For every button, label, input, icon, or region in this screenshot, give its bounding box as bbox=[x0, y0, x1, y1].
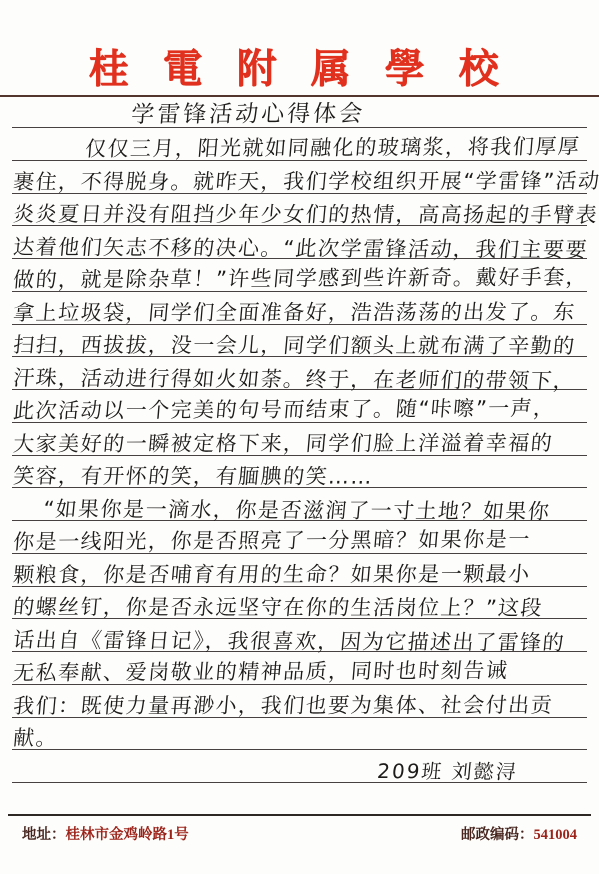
essay-line-row: 炎炎夏日并没有阻挡少年少女们的热情，高高扬起的手臂表 bbox=[12, 194, 587, 227]
essay-line: 达着他们矢志不移的决心。“此次学雷锋活动，我们主要要 bbox=[12, 233, 589, 264]
essay-line-row: 扫扫，西拔拔，没一会儿，同学们额头上就布满了辛勤的 bbox=[12, 325, 587, 358]
essay-line-row: 达着他们矢志不移的决心。“此次学雷锋活动，我们主要要 bbox=[12, 226, 587, 259]
essay-line: 献。 bbox=[12, 724, 59, 752]
school-name: 桂 電 附 属 學 校 bbox=[89, 48, 511, 90]
essay-line: 笑容，有开怀的笑，有腼腆的笑…… bbox=[12, 462, 374, 491]
essay-line-row: 裹住，不得脱身。就昨天，我们学校组织开展“学雷锋”活动， bbox=[12, 161, 587, 194]
essay-line-row: 仅仅三月，阳光就如同融化的玻璃浆，将我们厚厚 bbox=[12, 128, 587, 161]
address-value: 桂林市金鸡岭路1号 bbox=[66, 827, 189, 843]
essay-line: 话出自《雷锋日记》，我很喜欢，因为它描述出了雷锋的 bbox=[12, 626, 566, 657]
essay-line: 无私奉献、爱岗敬业的精神品质，同时也时刻告诫 bbox=[12, 656, 510, 687]
essay-title: 学雷锋活动心得体会 bbox=[130, 100, 366, 129]
address-label: 地址： bbox=[22, 827, 66, 843]
essay-line-row: 话出自《雷锋日记》，我很喜欢，因为它描述出了雷锋的 bbox=[12, 619, 587, 652]
essay-line: 我们：既使力量再渺小，我们也要为集体、社会付出贡 bbox=[12, 691, 554, 720]
essay-line-row: 做的，就是除杂草！”许些同学感到些许新奇。戴好手套， bbox=[12, 259, 587, 292]
essay-line: “如果你是一滴水，你是否滋润了一寸土地？如果你 bbox=[42, 495, 552, 526]
essay-line: 仅仅三月，阳光就如同融化的玻璃浆，将我们厚厚 bbox=[84, 132, 582, 163]
essay-line-row: 无私奉献、爱岗敬业的精神品质，同时也时刻告诫 bbox=[12, 652, 587, 685]
essay-line-row: 献。 bbox=[12, 718, 587, 751]
essay-line: 汗珠，活动进行得如火如荼。终于，在老师们的带领下， bbox=[12, 364, 577, 395]
signature: 209班 刘懿浔 bbox=[376, 757, 519, 786]
essay-line: 炎炎夏日并没有阻挡少年少女们的热情，高高扬起的手臂表 bbox=[12, 200, 599, 229]
essay-line-row: 此次活动以一个完美的句号而结束了。随“咔嚓”一声， bbox=[12, 390, 587, 423]
essay-line-row: 的螺丝钉，你是否永远坚守在你的生活岗位上？”这段 bbox=[12, 587, 587, 620]
essay-line: 大家美好的一瞬被定格下来，同学们脸上洋溢着幸福的 bbox=[12, 429, 554, 458]
essay-line-row: 大家美好的一瞬被定格下来，同学们脸上洋溢着幸福的 bbox=[12, 423, 587, 456]
essay-title-row: 学雷锋活动心得体会 bbox=[12, 97, 587, 128]
postcode-label: 邮政编码： bbox=[461, 827, 534, 843]
postcode-line: 邮政编码：541004 bbox=[461, 823, 577, 844]
essay-line-row: 汗珠，活动进行得如火如荼。终于，在老师们的带领下， bbox=[12, 357, 587, 390]
essay-line: 你是一线阳光，你是否照亮了一分黑暗？如果你是一 bbox=[12, 525, 532, 556]
essay-line: 做的，就是除杂草！”许些同学感到些许新奇。戴好手套， bbox=[12, 263, 589, 294]
essay-line-row: 笑容，有开怀的笑，有腼腆的笑…… bbox=[12, 456, 587, 489]
postcode-value: 541004 bbox=[534, 827, 578, 843]
essay-body: 仅仅三月，阳光就如同融化的玻璃浆，将我们厚厚裹住，不得脱身。就昨天，我们学校组织… bbox=[12, 128, 587, 783]
essay-line-row: 我们：既使力量再渺小，我们也要为集体、社会付出贡 bbox=[12, 685, 587, 718]
essay-line: 裹住，不得脱身。就昨天，我们学校组织开展“学雷锋”活动， bbox=[12, 166, 599, 195]
writing-area: 学雷锋活动心得体会 仅仅三月，阳光就如同融化的玻璃浆，将我们厚厚裹住，不得脱身。… bbox=[0, 97, 599, 783]
footer-text: 地址：桂林市金鸡岭路1号 邮政编码：541004 bbox=[0, 816, 599, 844]
essay-line: 的螺丝钉，你是否永远坚守在你的生活岗位上？”这段 bbox=[12, 593, 544, 622]
essay-line-row: 颗粮食，你是否哺育有用的生命？如果你是一颗最小 bbox=[12, 554, 587, 587]
essay-line: 扫扫，西拔拔，没一会儿，同学们额头上就布满了辛勤的 bbox=[12, 331, 577, 360]
address-line: 地址：桂林市金鸡岭路1号 bbox=[22, 823, 189, 844]
essay-line: 颗粮食，你是否哺育有用的生命？如果你是一颗最小 bbox=[12, 560, 532, 589]
essay-line-row: “如果你是一滴水，你是否滋润了一寸土地？如果你 bbox=[12, 488, 587, 521]
essay-line-row: 拿上垃圾袋，同学们全面准备好，浩浩荡荡的出发了。东 bbox=[12, 292, 587, 325]
footer: 地址：桂林市金鸡岭路1号 邮政编码：541004 bbox=[0, 814, 599, 844]
essay-line: 拿上垃圾袋，同学们全面准备好，浩浩荡荡的出发了。东 bbox=[12, 298, 577, 327]
essay-line: 此次活动以一个完美的句号而结束了。随“咔嚓”一声， bbox=[12, 394, 557, 425]
stationery-page: 桂 電 附 属 學 校 学雷锋活动心得体会 仅仅三月，阳光就如同融化的玻璃浆，将… bbox=[0, 0, 599, 874]
signature-row: 209班 刘懿浔 bbox=[12, 750, 587, 783]
letterhead: 桂 電 附 属 學 校 bbox=[0, 0, 599, 97]
essay-line-row: 你是一线阳光，你是否照亮了一分黑暗？如果你是一 bbox=[12, 521, 587, 554]
